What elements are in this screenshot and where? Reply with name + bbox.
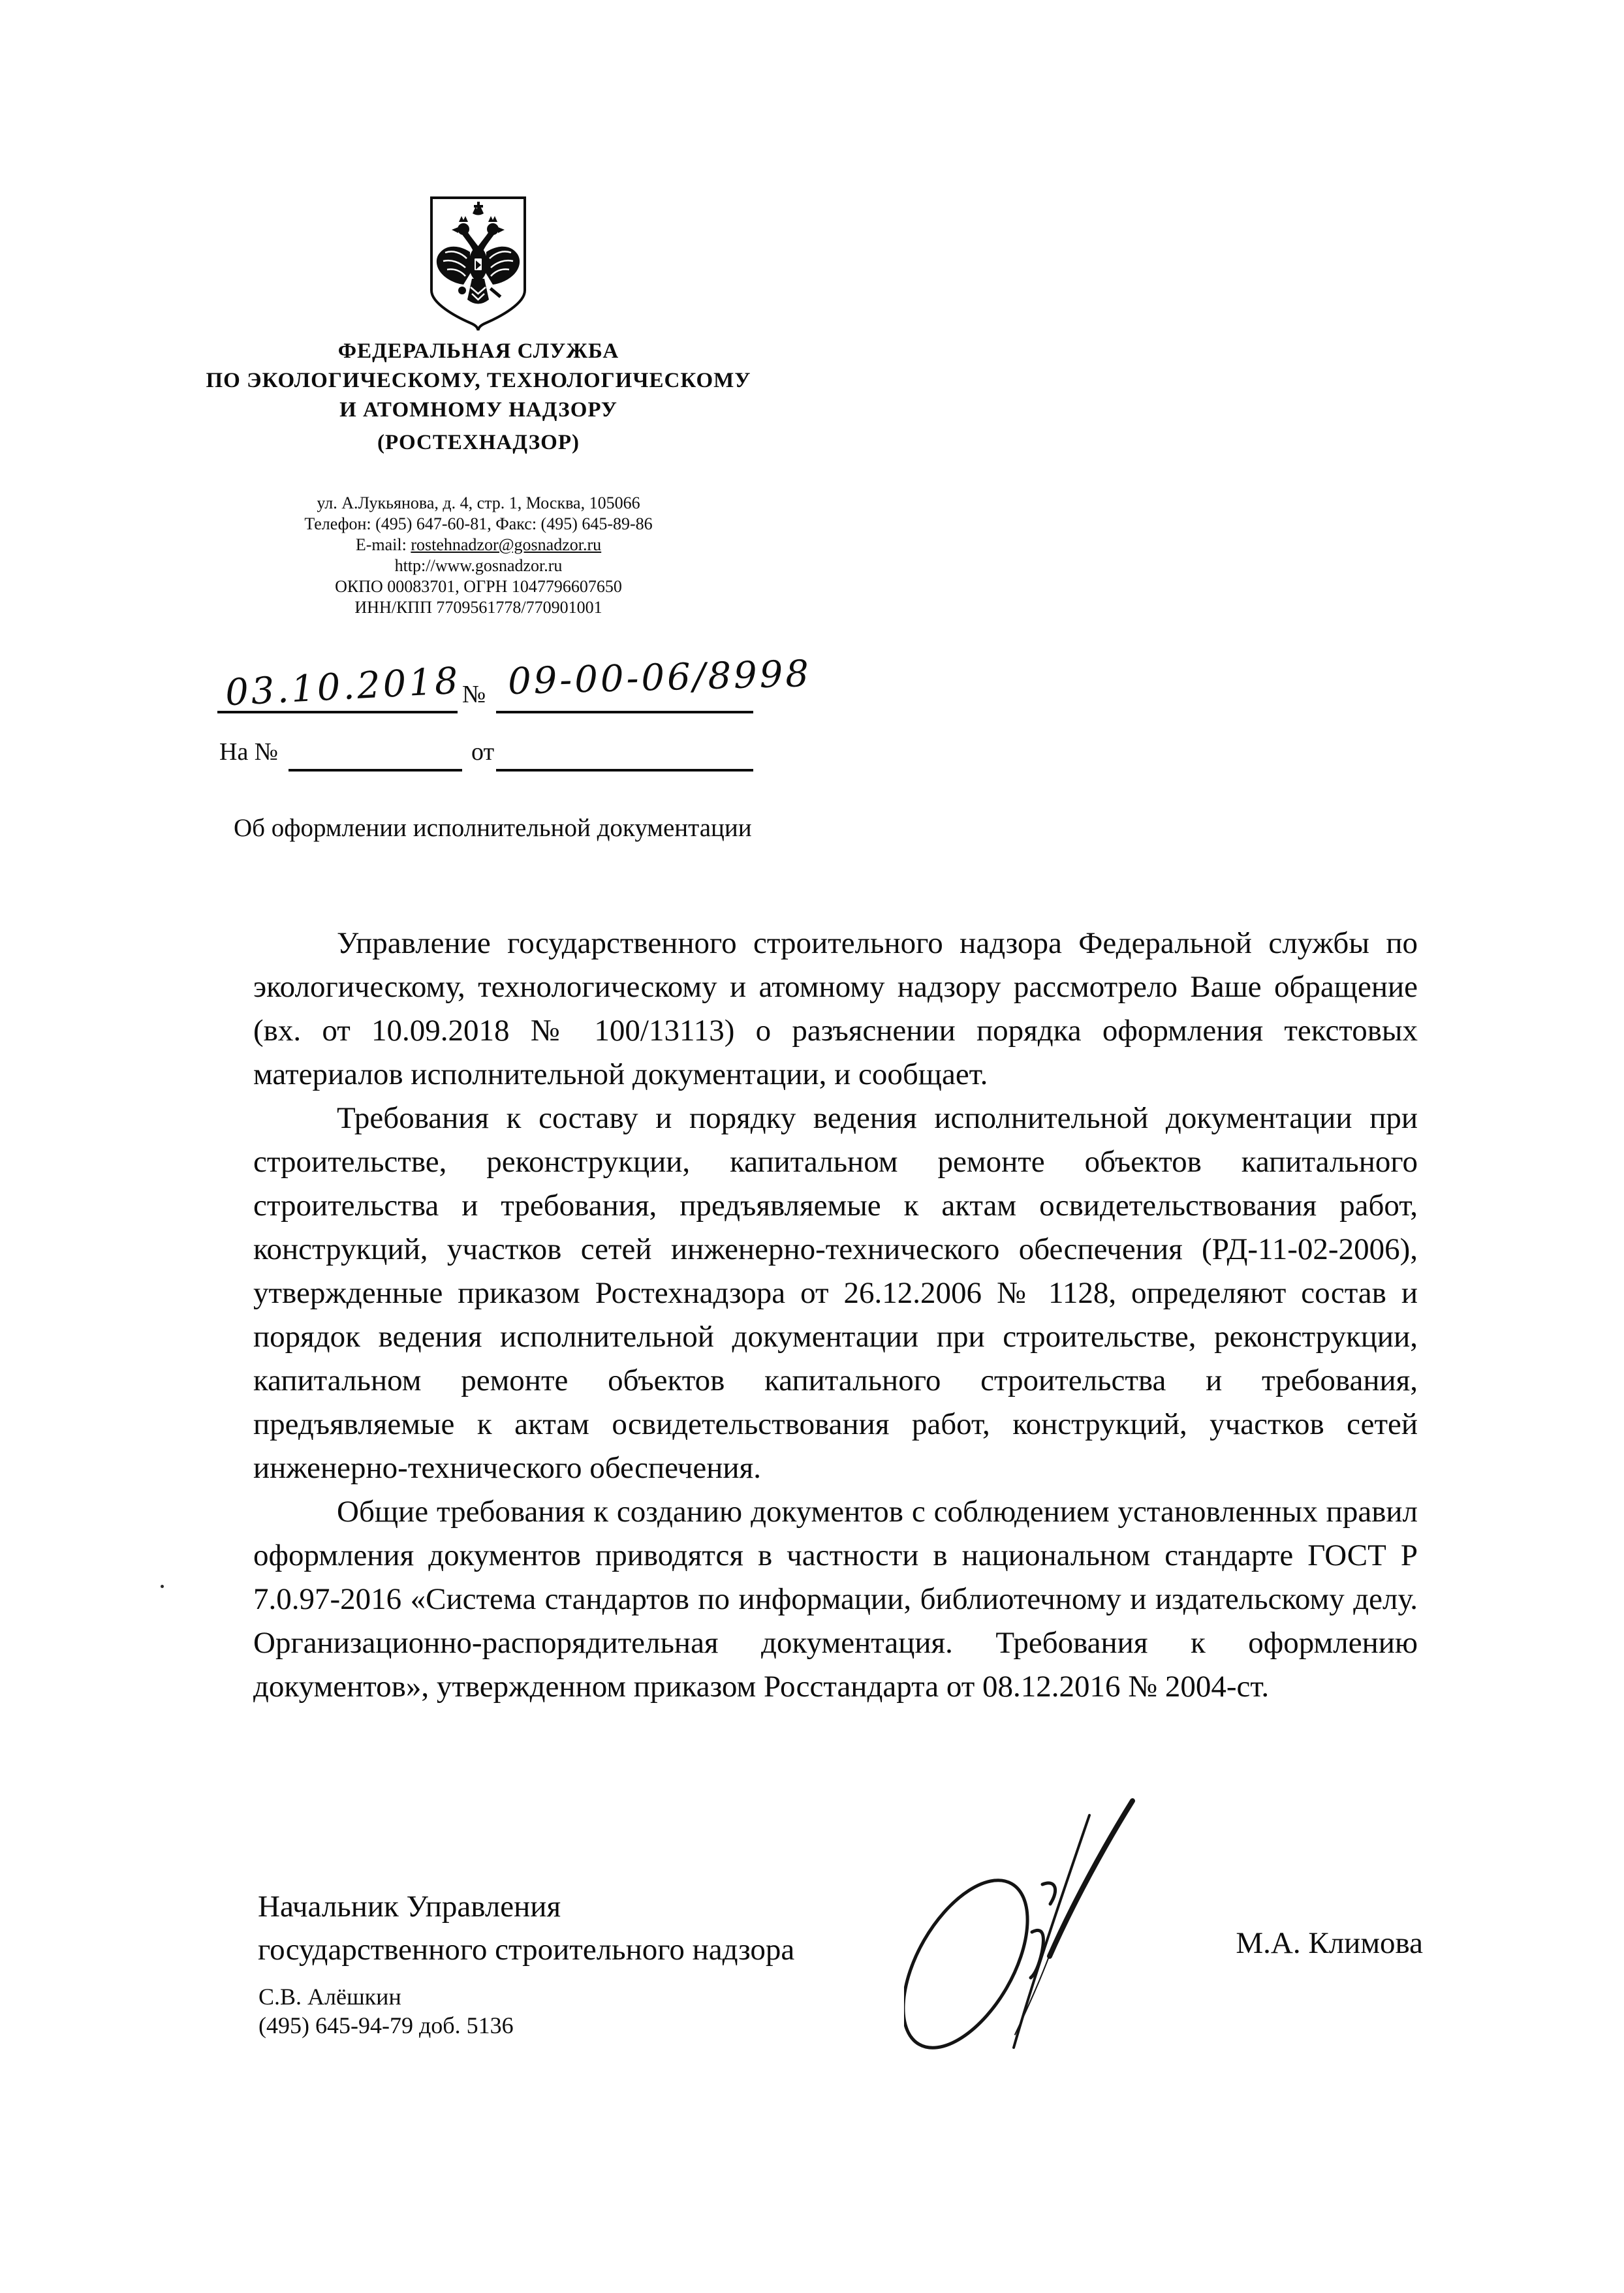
body-paragraph-3: Общие требования к созданию документов с… [253,1490,1418,1709]
signature-scrawl [904,1792,1165,2066]
email-line: E-mail: rostehnadzor@gosnadzor.ru [168,535,789,555]
body-paragraph-1: Управление государственного строительног… [253,922,1418,1097]
org-name-line1: ФЕДЕРАЛЬНАЯ СЛУЖБА [168,337,789,366]
letterhead-contacts: ул. А.Лукьянова, д. 4, стр. 1, Москва, 1… [168,493,789,618]
coat-of-arms-icon [424,194,533,333]
email-label: E-mail: [356,535,411,554]
letterhead-org-name: ФЕДЕРАЛЬНАЯ СЛУЖБА ПО ЭКОЛОГИЧЕСКОМУ, ТЕ… [168,337,789,458]
scan-speck [161,1585,164,1588]
outgoing-date-underline [217,711,458,713]
executor-phone: (495) 645-94-79 доб. 5136 [258,2012,514,2039]
org-name-line3: И АТОМНОМУ НАДЗОРУ [168,396,789,425]
reply-date-label: от [471,738,494,766]
signer-position-line1: Начальник Управления [258,1885,794,1928]
inn-kpp-line: ИНН/КПП 7709561778/770901001 [168,597,789,618]
reply-date-underline [496,769,753,772]
signer-position-line2: государственного строительного надзора [258,1928,794,1971]
phone-line: Телефон: (495) 647-60-81, Факс: (495) 64… [168,514,789,535]
reply-number-label: На № [219,738,278,766]
outgoing-number-handwritten: 09-00-06/8998 [507,653,812,703]
email-address: rostehnadzor@gosnadzor.ru [411,535,601,554]
letter-body: Управление государственного строительног… [253,922,1418,1709]
outgoing-number-underline [496,711,753,713]
okpo-ogrn-line: ОКПО 00083701, ОГРН 1047796607650 [168,576,789,597]
number-sign: № [462,680,486,709]
body-paragraph-2: Требования к составу и порядку ведения и… [253,1097,1418,1490]
subject-line: Об оформлении исполнительной документаци… [234,813,752,843]
org-name-line2: ПО ЭКОЛОГИЧЕСКОМУ, ТЕХНОЛОГИЧЕСКОМУ [168,366,789,396]
website-line: http://www.gosnadzor.ru [168,555,789,576]
scanned-letter-page: ФЕДЕРАЛЬНАЯ СЛУЖБА ПО ЭКОЛОГИЧЕСКОМУ, ТЕ… [0,0,1624,2293]
reply-number-underline [289,769,462,772]
signer-position: Начальник Управления государственного ст… [258,1885,794,1971]
address-line: ул. А.Лукьянова, д. 4, стр. 1, Москва, 1… [168,493,789,514]
outgoing-date-handwritten: 03.10.2018 [225,660,462,715]
org-name-line4: (РОСТЕХНАДЗОР) [168,428,789,458]
executor-name: С.В. Алёшкин [258,1983,401,2010]
signer-name: М.А. Климова [1188,1926,1423,1961]
